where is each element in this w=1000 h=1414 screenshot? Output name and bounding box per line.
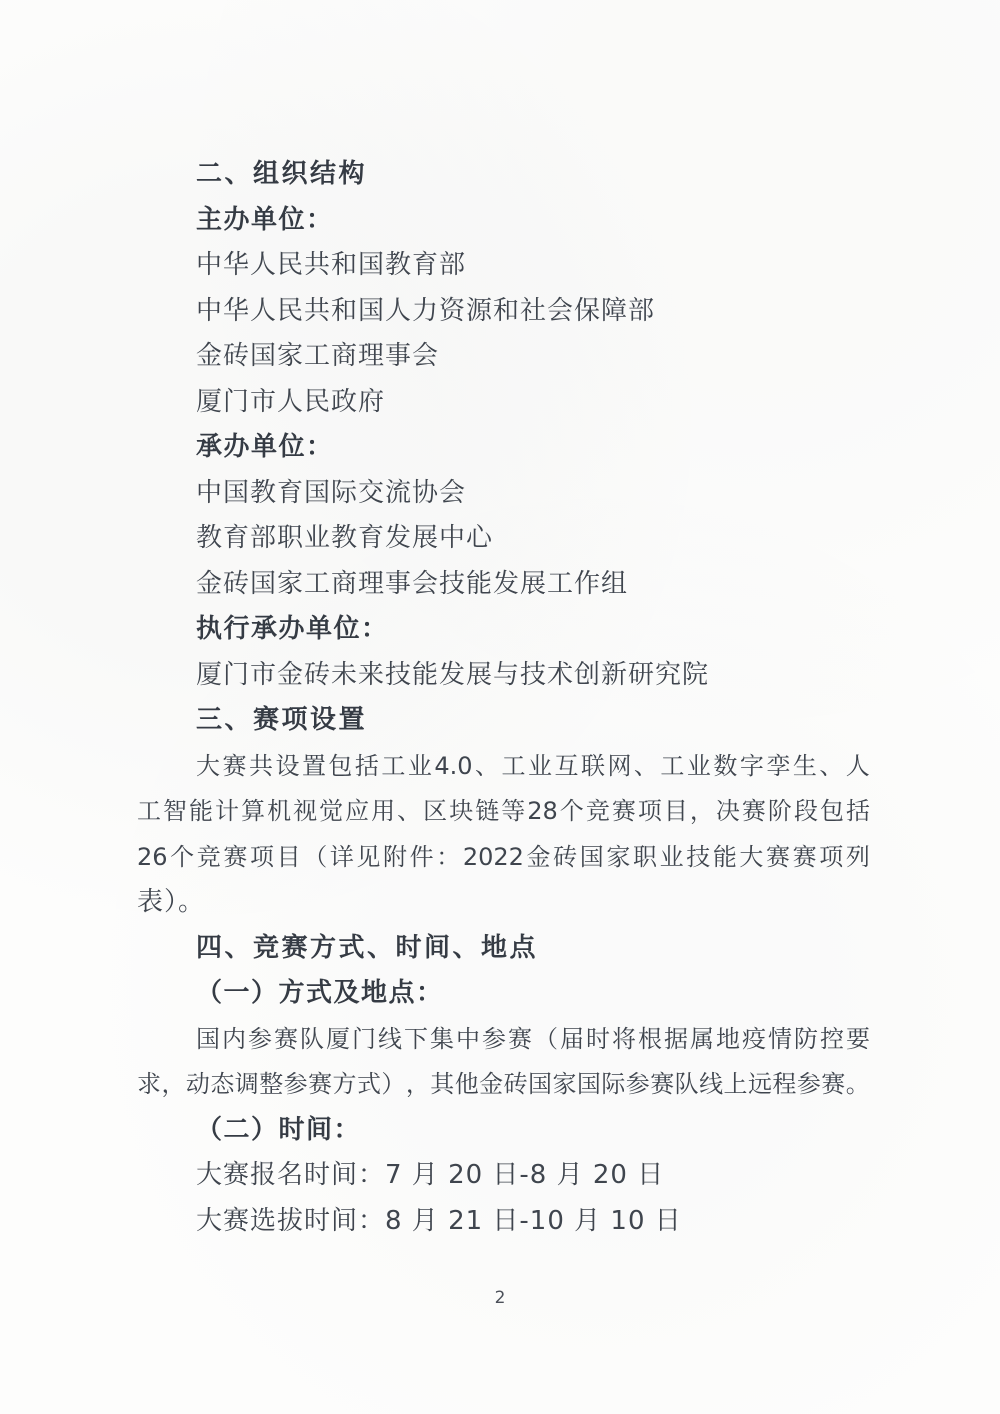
- text-line: 中国教育国际交流协会: [137, 471, 870, 517]
- document-page: 二、组织结构主办单位：中华人民共和国教育部中华人民共和国人力资源和社会保障部金砖…: [0, 0, 1000, 1414]
- text-line: 金砖国家工商理事会: [137, 334, 870, 380]
- text-line: 中华人民共和国人力资源和社会保障部: [137, 289, 870, 335]
- section-heading: 四、竞赛方式、时间、地点: [137, 926, 870, 972]
- text-line: 求，动态调整参赛方式），其他金砖国家国际参赛队线上远程参赛。: [137, 1062, 870, 1108]
- sub-heading: 承办单位：: [137, 425, 870, 471]
- text-line: 大赛选拔时间：8 月 21 日-10 月 10 日: [137, 1199, 870, 1245]
- text-line: 工智能计算机视觉应用、区块链等28个竞赛项目，决赛阶段包括: [137, 789, 870, 835]
- sub-heading: 执行承办单位：: [137, 607, 870, 653]
- sub-heading: （二）时间：: [137, 1108, 870, 1154]
- text-line: 大赛共设置包括工业4.0、工业互联网、工业数字孪生、人: [137, 744, 870, 790]
- section-heading: 三、赛项设置: [137, 698, 870, 744]
- text-line: 26个竞赛项目（详见附件：2022金砖国家职业技能大赛赛项列: [137, 835, 870, 881]
- text-line: 大赛报名时间：7 月 20 日-8 月 20 日: [137, 1153, 870, 1199]
- text-line: 厦门市金砖未来技能发展与技术创新研究院: [137, 653, 870, 699]
- text-line: 中华人民共和国教育部: [137, 243, 870, 289]
- text-line: 表）。: [137, 880, 870, 926]
- section-heading: 二、组织结构: [137, 152, 870, 198]
- text-line: 教育部职业教育发展中心: [137, 516, 870, 562]
- text-line: 厦门市人民政府: [137, 380, 870, 426]
- sub-heading: 主办单位：: [137, 198, 870, 244]
- page-number: 2: [0, 1284, 1000, 1312]
- sub-heading: （一）方式及地点：: [137, 971, 870, 1017]
- document-body: 二、组织结构主办单位：中华人民共和国教育部中华人民共和国人力资源和社会保障部金砖…: [137, 152, 870, 1244]
- text-line: 金砖国家工商理事会技能发展工作组: [137, 562, 870, 608]
- text-line: 国内参赛队厦门线下集中参赛（届时将根据属地疫情防控要: [137, 1017, 870, 1063]
